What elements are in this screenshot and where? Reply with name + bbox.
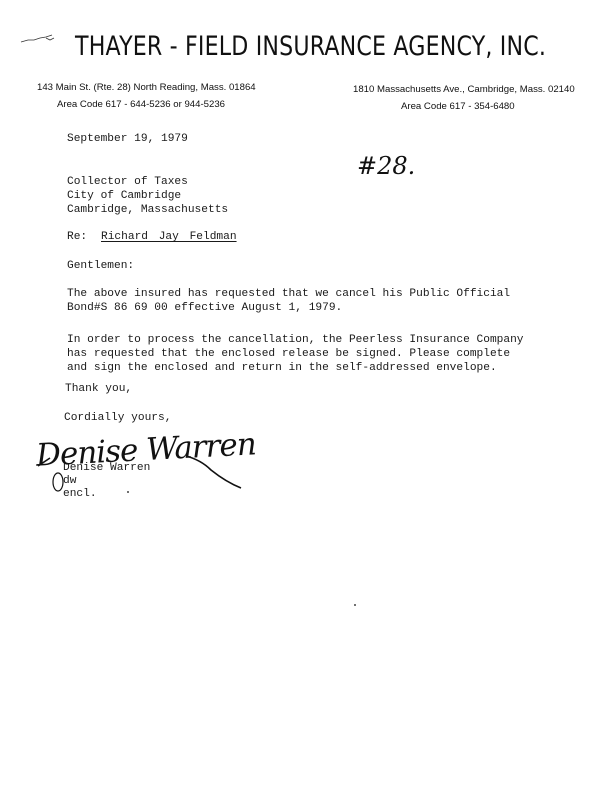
paragraph-1-line-1: The above insured has requested that we … [67, 288, 510, 301]
paragraph-2-line-2: has requested that the enclosed release … [67, 348, 510, 361]
right-office-phone: Area Code 617 - 354-6480 [401, 101, 515, 112]
thanks-line: Thank you, [65, 383, 132, 396]
closing-line: Cordially yours, [64, 412, 171, 425]
scribble-mark-icon [20, 34, 60, 44]
signature-flourish-icon [36, 430, 246, 495]
re-name: Richard Jay Feldman [101, 231, 237, 244]
re-label: Re: [67, 231, 87, 244]
left-office-phone: Area Code 617 - 644-5236 or 944-5236 [57, 99, 225, 110]
recipient-line-1: Collector of Taxes [67, 176, 188, 189]
speck [127, 491, 129, 493]
left-office-address: 143 Main St. (Rte. 28) North Reading, Ma… [37, 82, 256, 93]
paragraph-2-line-1: In order to process the cancellation, th… [67, 334, 524, 347]
speck [354, 604, 356, 606]
company-name: THAYER - FIELD INSURANCE AGENCY, INC. [75, 31, 546, 62]
right-office-address: 1810 Massachusetts Ave., Cambridge, Mass… [353, 84, 575, 95]
recipient-line-3: Cambridge, Massachusetts [67, 204, 228, 217]
paragraph-2-line-3: and sign the enclosed and return in the … [67, 362, 497, 375]
recipient-line-2: City of Cambridge [67, 190, 181, 203]
letter-date: September 19, 1979 [67, 133, 188, 146]
handwritten-number: #28. [357, 152, 415, 180]
letter-page: THAYER - FIELD INSURANCE AGENCY, INC. 14… [0, 0, 595, 800]
salutation: Gentlemen: [67, 260, 134, 273]
paragraph-1-line-2: Bond#S 86 69 00 effective August 1, 1979… [67, 302, 342, 315]
